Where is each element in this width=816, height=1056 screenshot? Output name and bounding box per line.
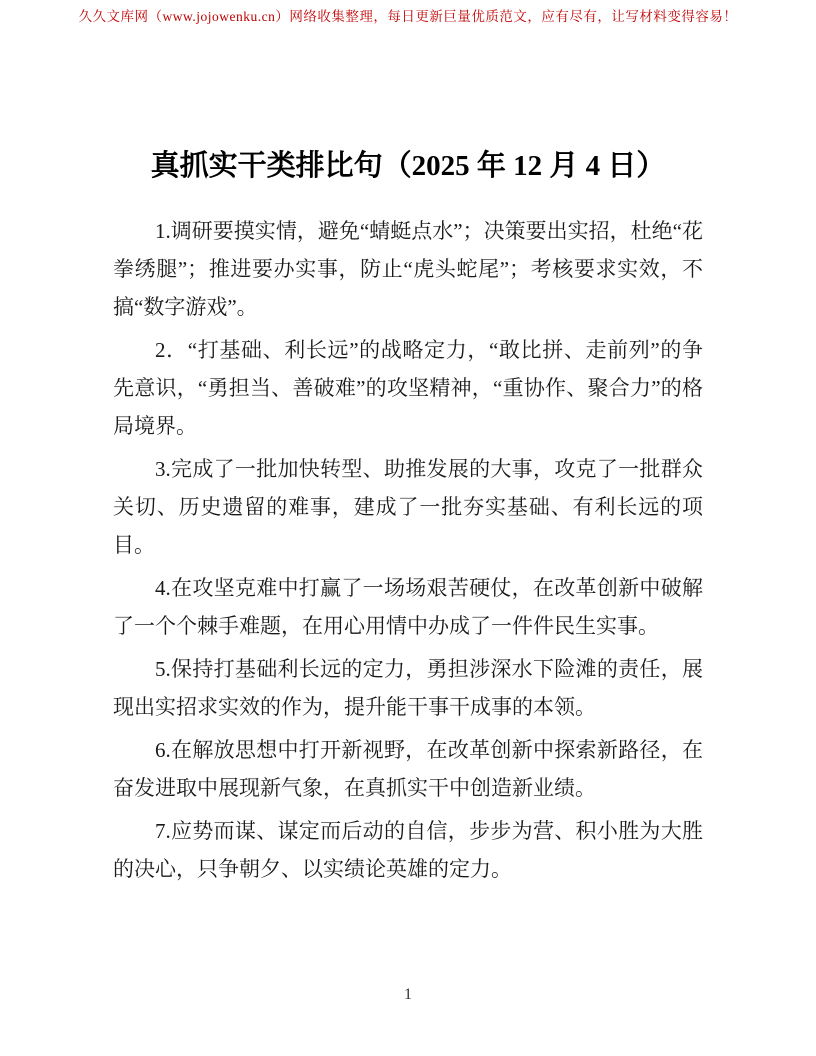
document-title: 真抓实干类排比句（2025 年 12 月 4 日） (0, 146, 816, 186)
document-body: 1.调研要摸实情，避免“蜻蜓点水”；决策要出实招，杜绝“花拳绣腿”；推进要办实事… (113, 212, 703, 893)
paragraph-4: 4.在攻坚克难中打赢了一场场艰苦硬仗，在改革创新中破解了一个个棘手难题，在用心用… (113, 569, 703, 645)
paragraph-1: 1.调研要摸实情，避免“蜻蜓点水”；决策要出实招，杜绝“花拳绣腿”；推进要办实事… (113, 212, 703, 326)
paragraph-7: 7.应势而谋、谋定而后动的自信，步步为营、积小胜为大胜的决心，只争朝夕、以实绩论… (113, 812, 703, 888)
paragraph-6: 6.在解放思想中打开新视野，在改革创新中探索新路径，在奋发进取中展现新气象，在真… (113, 731, 703, 807)
document-page: 久久文库网（www.jojowenku.cn）网络收集整理，每日更新巨量优质范文… (0, 0, 816, 1056)
paragraph-3: 3.完成了一批加快转型、助推发展的大事，攻克了一批群众关切、历史遗留的难事，建成… (113, 450, 703, 564)
page-number: 1 (0, 984, 816, 1006)
site-watermark-header: 久久文库网（www.jojowenku.cn）网络收集整理，每日更新巨量优质范文… (0, 8, 816, 26)
paragraph-2: 2．“打基础、利长远”的战略定力，“敢比拼、走前列”的争先意识，“勇担当、善破难… (113, 331, 703, 445)
paragraph-5: 5.保持打基础利长远的定力，勇担涉深水下险滩的责任，展现出实招求实效的作为，提升… (113, 650, 703, 726)
